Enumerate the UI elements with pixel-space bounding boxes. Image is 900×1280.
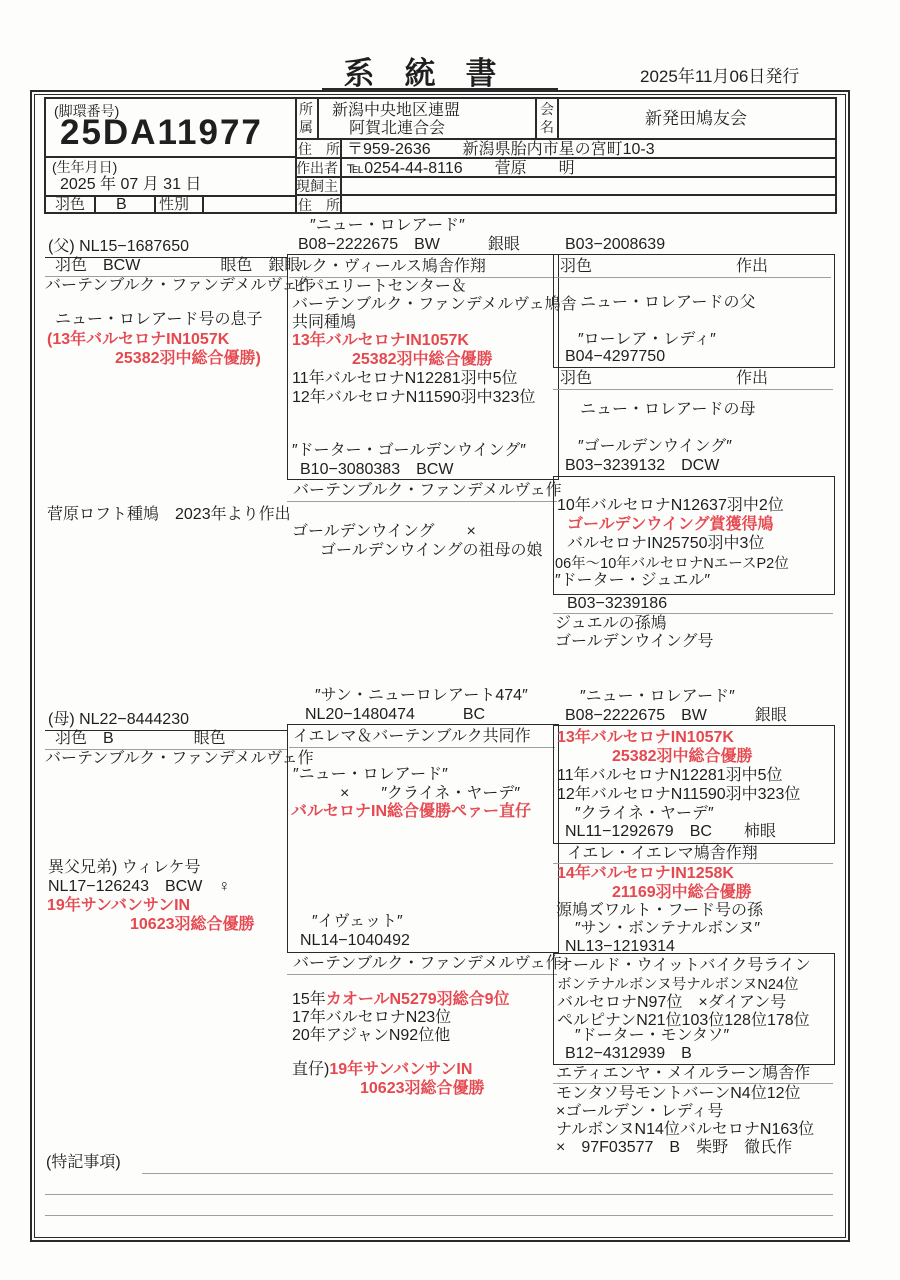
page-title: 系統書 [280, 48, 590, 93]
mother-result-red-1: 19年サンバンサンIN [47, 896, 190, 916]
father-gp3-line: 10年バルセロナN12637羽中2位 [557, 496, 784, 516]
child-prefix: 直仔) [292, 1061, 329, 1078]
owner-address-label: 住 所 [298, 196, 340, 214]
mother-gp3-line: ボンテナルボンヌ号ナルボンヌN24位 [557, 975, 799, 995]
notes-rule-line [45, 1194, 833, 1195]
father-dam-breeder: バーテンブルク・ファンデメルヴェ作 [293, 481, 562, 501]
mother-color-eye: 羽色 B 眼色 [55, 729, 226, 749]
rule-line [553, 389, 833, 390]
father-note: ニュー・ロレアード号の息子 [55, 310, 263, 330]
father-sire-result-red-2: 25382羽中総合優勝 [352, 350, 493, 370]
mother-gp4-id: B12−4312939 B [565, 1044, 692, 1064]
mother-gp4-line: エティエンヤ・メイルラーン鳩舎作 [556, 1064, 810, 1084]
current-owner-label: 現飼主 [296, 177, 338, 195]
mother-gp2-line: 源鳩ズワルト・フード号の孫 [556, 901, 763, 921]
birth-label: (生年月日) [52, 158, 117, 176]
mother-gp3-line: オールド・ウイットバイク号ライン [557, 956, 811, 976]
affiliation-label-bottom: 属 [299, 118, 313, 136]
feather-color-value: B [116, 195, 127, 214]
father-gp2-note: ニュー・ロレアードの母 [580, 400, 756, 420]
rule-line [555, 277, 831, 278]
mother-halfsib-note: 異父兄弟) ウィレケ号 [48, 858, 201, 878]
father-gp2-header: 羽色 作出 [560, 369, 768, 389]
mother-dam-child-result: 直仔)19年サンバンサンIN [292, 1060, 472, 1080]
father-sire-result-red-1: 13年バルセロナIN1057K [292, 331, 469, 351]
grid-line [94, 195, 96, 212]
mother-gp2-result-red-2: 21169羽中総合優勝 [612, 883, 752, 903]
mother-gp4-name: ″ドーター・モンタソ″ [575, 1026, 729, 1046]
father-id: (父) NL15−1687650 [48, 237, 189, 257]
father-gp1-id: B03−2008639 [565, 235, 665, 255]
mother-gp2-line: イエレ・イエレマ鳩舎作翔 [567, 844, 758, 864]
special-notes-label: (特記事項) [46, 1153, 121, 1173]
father-breeder: バーテンブルク・ファンデメルヴェ作 [45, 276, 314, 296]
mother-gp1-line: 11年バルセロナN12281羽中5位 [557, 766, 783, 786]
breeder-label: 作出者 [296, 159, 338, 177]
grid-line [317, 99, 319, 138]
father-gp4-name: ″ドーター・ジュエル″ [555, 571, 710, 591]
mother-gp4-line: ×ゴールデン・レディ号 [556, 1102, 723, 1122]
grid-line [154, 195, 156, 212]
pedigree-certificate-page: 系統書 2025年11月06日発行 (脚環番号) 25DA11977 (生年月日… [0, 0, 900, 1280]
father-dam-cross-2: ゴールデンウイングの祖母の娘 [320, 541, 543, 561]
mother-sire-line: ″ニュー・ロレアード″ [293, 765, 448, 785]
address-label: 住 所 [298, 140, 340, 158]
mother-gp2-name: ″クライネ・ヤーデ″ [575, 804, 714, 824]
mother-gp4-line: × 97F03577 B 柴野 徹氏作 [556, 1138, 792, 1158]
father-gp1-note: ニュー・ロレアードの父 [580, 293, 756, 313]
grid-line [535, 99, 537, 138]
grid-line [202, 195, 204, 212]
mother-dam-result-3: 20年アジャンN92位他 [292, 1026, 450, 1046]
father-gp3-name: ″ゴールデンウイング″ [578, 437, 732, 457]
grid-line [340, 138, 342, 212]
mother-dam-result-2: 17年バルセロナN23位 [292, 1008, 451, 1028]
mother-gp3-name: ″サン・ボンテナルボンヌ″ [575, 919, 760, 939]
mother-sire-result-red: バルセロナIN総合優勝ペァー直仔 [291, 802, 531, 822]
mother-dam-result-1: 15年カオールN5279羽総合9位 [292, 990, 510, 1010]
breeder-value: ℡0254-44-8116 菅原 明 [347, 159, 575, 178]
father-sire-line: 11年バルセロナN12281羽中5位 [292, 369, 518, 389]
father-gp3-line: バルセロナIN25750羽中3位 [567, 534, 764, 554]
mother-dam-breeder: バーテンブルク・ファンデメルヴェ作 [293, 954, 562, 974]
mother-gp2-id: NL11−1292679 BC 柿眼 [565, 822, 776, 842]
mother-sire-id: NL20−1480474 BC [305, 705, 485, 725]
rule-line [287, 974, 557, 975]
father-gp3-id: B03−3239132 DCW [565, 456, 719, 476]
mother-gp1-line: 12年バルセロナN11590羽中323位 [557, 785, 800, 805]
result-red-part: カオールN5279羽総合9位 [326, 991, 510, 1008]
header-table: (脚環番号) 25DA11977 (生年月日) 2025 年 07 月 31 日… [44, 97, 837, 214]
father-sire-line: ピパエリートセンター＆ [292, 277, 467, 297]
father-result-red-1: (13年バルセロナIN1057K [47, 330, 229, 350]
father-sire-name: ″ニュー・ロレアード″ [310, 216, 465, 236]
mother-gp1-name: ″ニュー・ロレアード″ [580, 687, 735, 707]
rule-line [287, 501, 557, 502]
father-loft-note: 菅原ロフト種鳩 2023年より作出 [47, 505, 291, 525]
mother-dam-name: ″イヴェット″ [312, 912, 403, 932]
mother-halfsib-id: NL17−126243 BCW ♀ [48, 877, 230, 897]
affiliation-label-top: 所 [299, 100, 313, 118]
affiliation-line1: 新潟中央地区連盟 [332, 101, 460, 120]
father-gp2-id: B04−4297750 [565, 347, 665, 367]
mother-dam-id: NL14−1040492 [300, 931, 410, 951]
ring-number: 25DA11977 [60, 113, 263, 153]
club-label-top: 会 [540, 100, 554, 118]
mother-gp1-id: B08−2222675 BW 銀眼 [565, 706, 787, 726]
mother-id: (母) NL22−8444230 [48, 710, 189, 730]
father-dam-name: ″ドーター・ゴールデンウイング″ [292, 441, 526, 461]
father-color-eye: 羽色 BCW 眼色 銀眼 [55, 256, 300, 276]
father-gp3-result-red: ゴールデンウイング賞獲得鳩 [567, 515, 774, 535]
father-gp4-line: ジュエルの孫鳩 [555, 614, 667, 634]
father-sire-line: 共同種鳩 [292, 313, 356, 333]
issue-date: 2025年11月06日発行 [640, 62, 799, 87]
club-name: 新発田鳩友会 [557, 109, 835, 128]
mother-gp1-result-red-1: 13年バルセロナIN1057K [557, 728, 734, 748]
child-red-part: 19年サンバンサンIN [329, 1061, 472, 1078]
mother-gp3-line: バルセロナN97位 ×ダイアン号 [557, 993, 786, 1013]
father-dam-id: B10−3080383 BCW [300, 460, 453, 480]
mother-sire-name: ″サン・ニューロレアート474″ [315, 686, 528, 706]
father-dam-cross-1: ゴールデンウイング × [292, 522, 476, 542]
notes-rule-line [45, 1215, 833, 1216]
grid-line [295, 194, 835, 196]
club-label-bottom: 名 [540, 118, 554, 136]
father-sire-line: 12年バルセロナN11590羽中323位 [292, 388, 535, 408]
address-value: 〒959-2636 新潟県胎内市星の宮町10-3 [347, 140, 655, 159]
notes-rule-line [142, 1173, 833, 1174]
mother-sire-line: イエレマ＆バーテンブルク共同作 [293, 727, 531, 747]
mother-gp2-result-red-1: 14年バルセロナIN1258K [557, 864, 734, 884]
mother-gp1-result-red-2: 25382羽中総合優勝 [612, 747, 753, 767]
father-sire-line: バーテンブルク・ファンデメルヴェ鳩舎 [292, 295, 577, 315]
sex-label: 性別 [159, 196, 189, 214]
father-result-red-2: 25382羽中総合優勝) [115, 349, 261, 369]
affiliation-line2: 阿賀北連合会 [349, 119, 445, 138]
mother-gp4-line: ナルボンヌN14位バルセロナN163位 [556, 1120, 814, 1140]
result-year-prefix: 15年 [292, 991, 326, 1008]
father-gp4-line: ゴールデンウイング号 [555, 632, 714, 652]
rule-line [289, 747, 555, 748]
father-sire-line: ルク・ヴィールス鳩舎作翔 [296, 257, 486, 277]
father-gp4-id: B03−3239186 [567, 594, 667, 614]
father-sire-id: B08−2222675 BW 銀眼 [298, 235, 520, 255]
feather-color-label: 羽色 [55, 196, 85, 214]
mother-result-red-2: 10623羽総合優勝 [130, 915, 255, 935]
mother-sire-line: × ″クライネ・ヤーデ″ [340, 784, 520, 804]
mother-gp4-line: モンタソ号モントバーンN4位12位 [556, 1084, 801, 1104]
birth-date: 2025 年 07 月 31 日 [60, 175, 201, 194]
father-gp1-header: 羽色 作出 [560, 257, 768, 277]
mother-dam-child-result-2: 10623羽総合優勝 [360, 1079, 485, 1099]
mother-breeder: バーテンブルク・ファンデメルヴェ作 [45, 749, 314, 769]
